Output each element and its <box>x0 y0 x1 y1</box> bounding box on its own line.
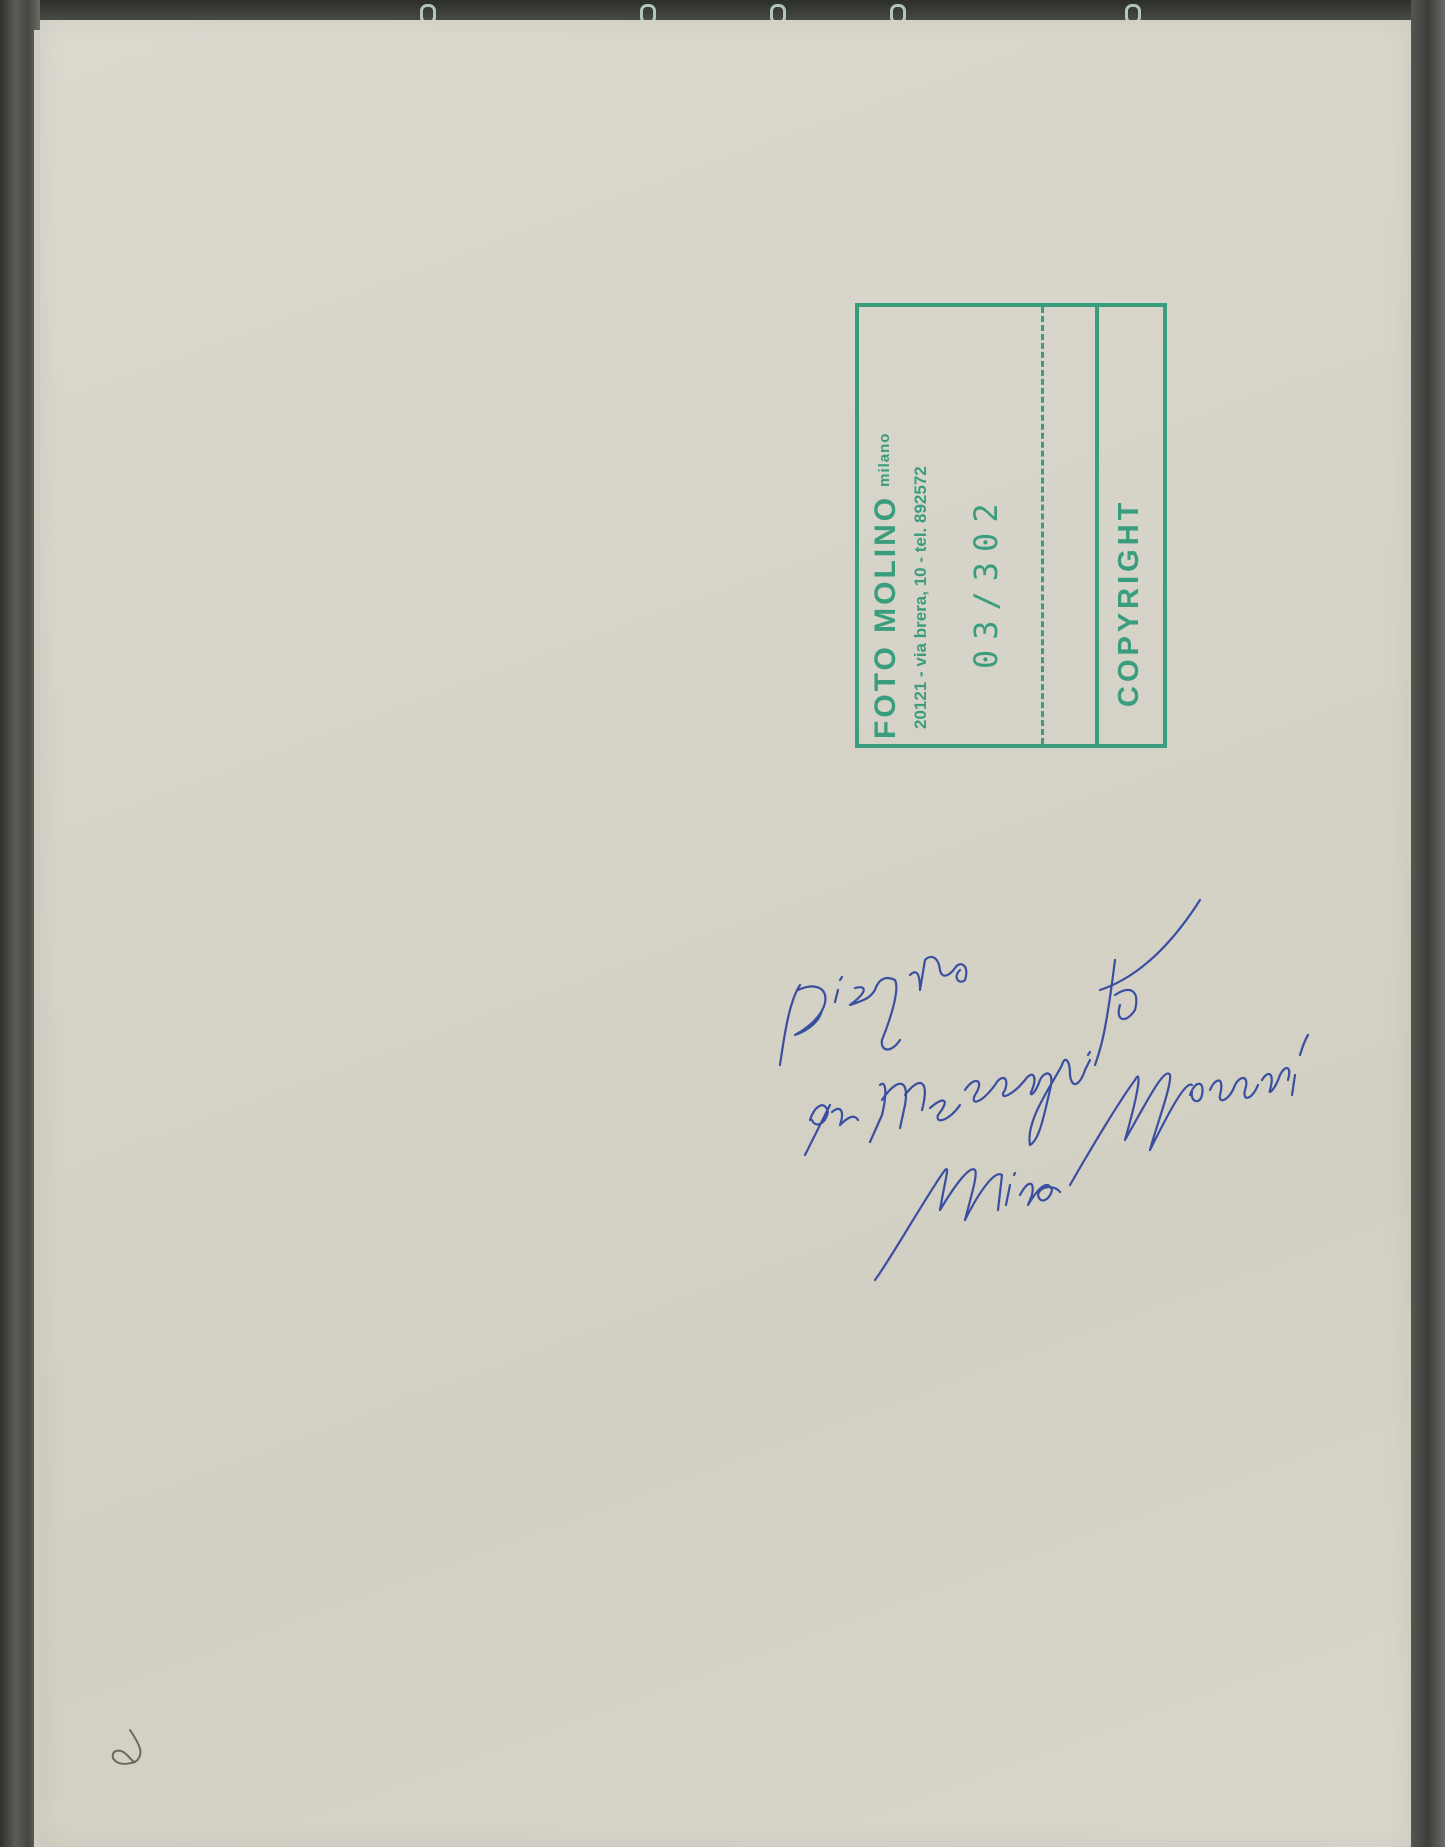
sleeve-top-edge <box>0 0 1445 22</box>
sleeve-emboss <box>6 820 32 1020</box>
pencil-number-mark <box>105 1710 165 1770</box>
handwritten-inscription: Disegno da me eseguito Mino Maccari <box>770 880 1410 1300</box>
stamp-solid-divider <box>1095 307 1099 744</box>
stamp-address: 20121 - via brera, 10 - tel. 892572 <box>911 466 931 729</box>
stamp-negative-number: 03/302 <box>967 493 1005 669</box>
stamp-city: milano <box>876 433 893 487</box>
stamp-copyright: COPYRIGHT <box>1113 499 1146 707</box>
stamp-studio-name: FOTO MOLINOmilano <box>869 433 903 739</box>
stamp-dashed-divider <box>1041 307 1044 744</box>
handwriting-strokes <box>770 880 1410 1300</box>
sleeve-right-edge <box>1411 0 1445 1847</box>
photographer-stamp: FOTO MOLINOmilano 20121 - via brera, 10 … <box>855 303 1167 748</box>
